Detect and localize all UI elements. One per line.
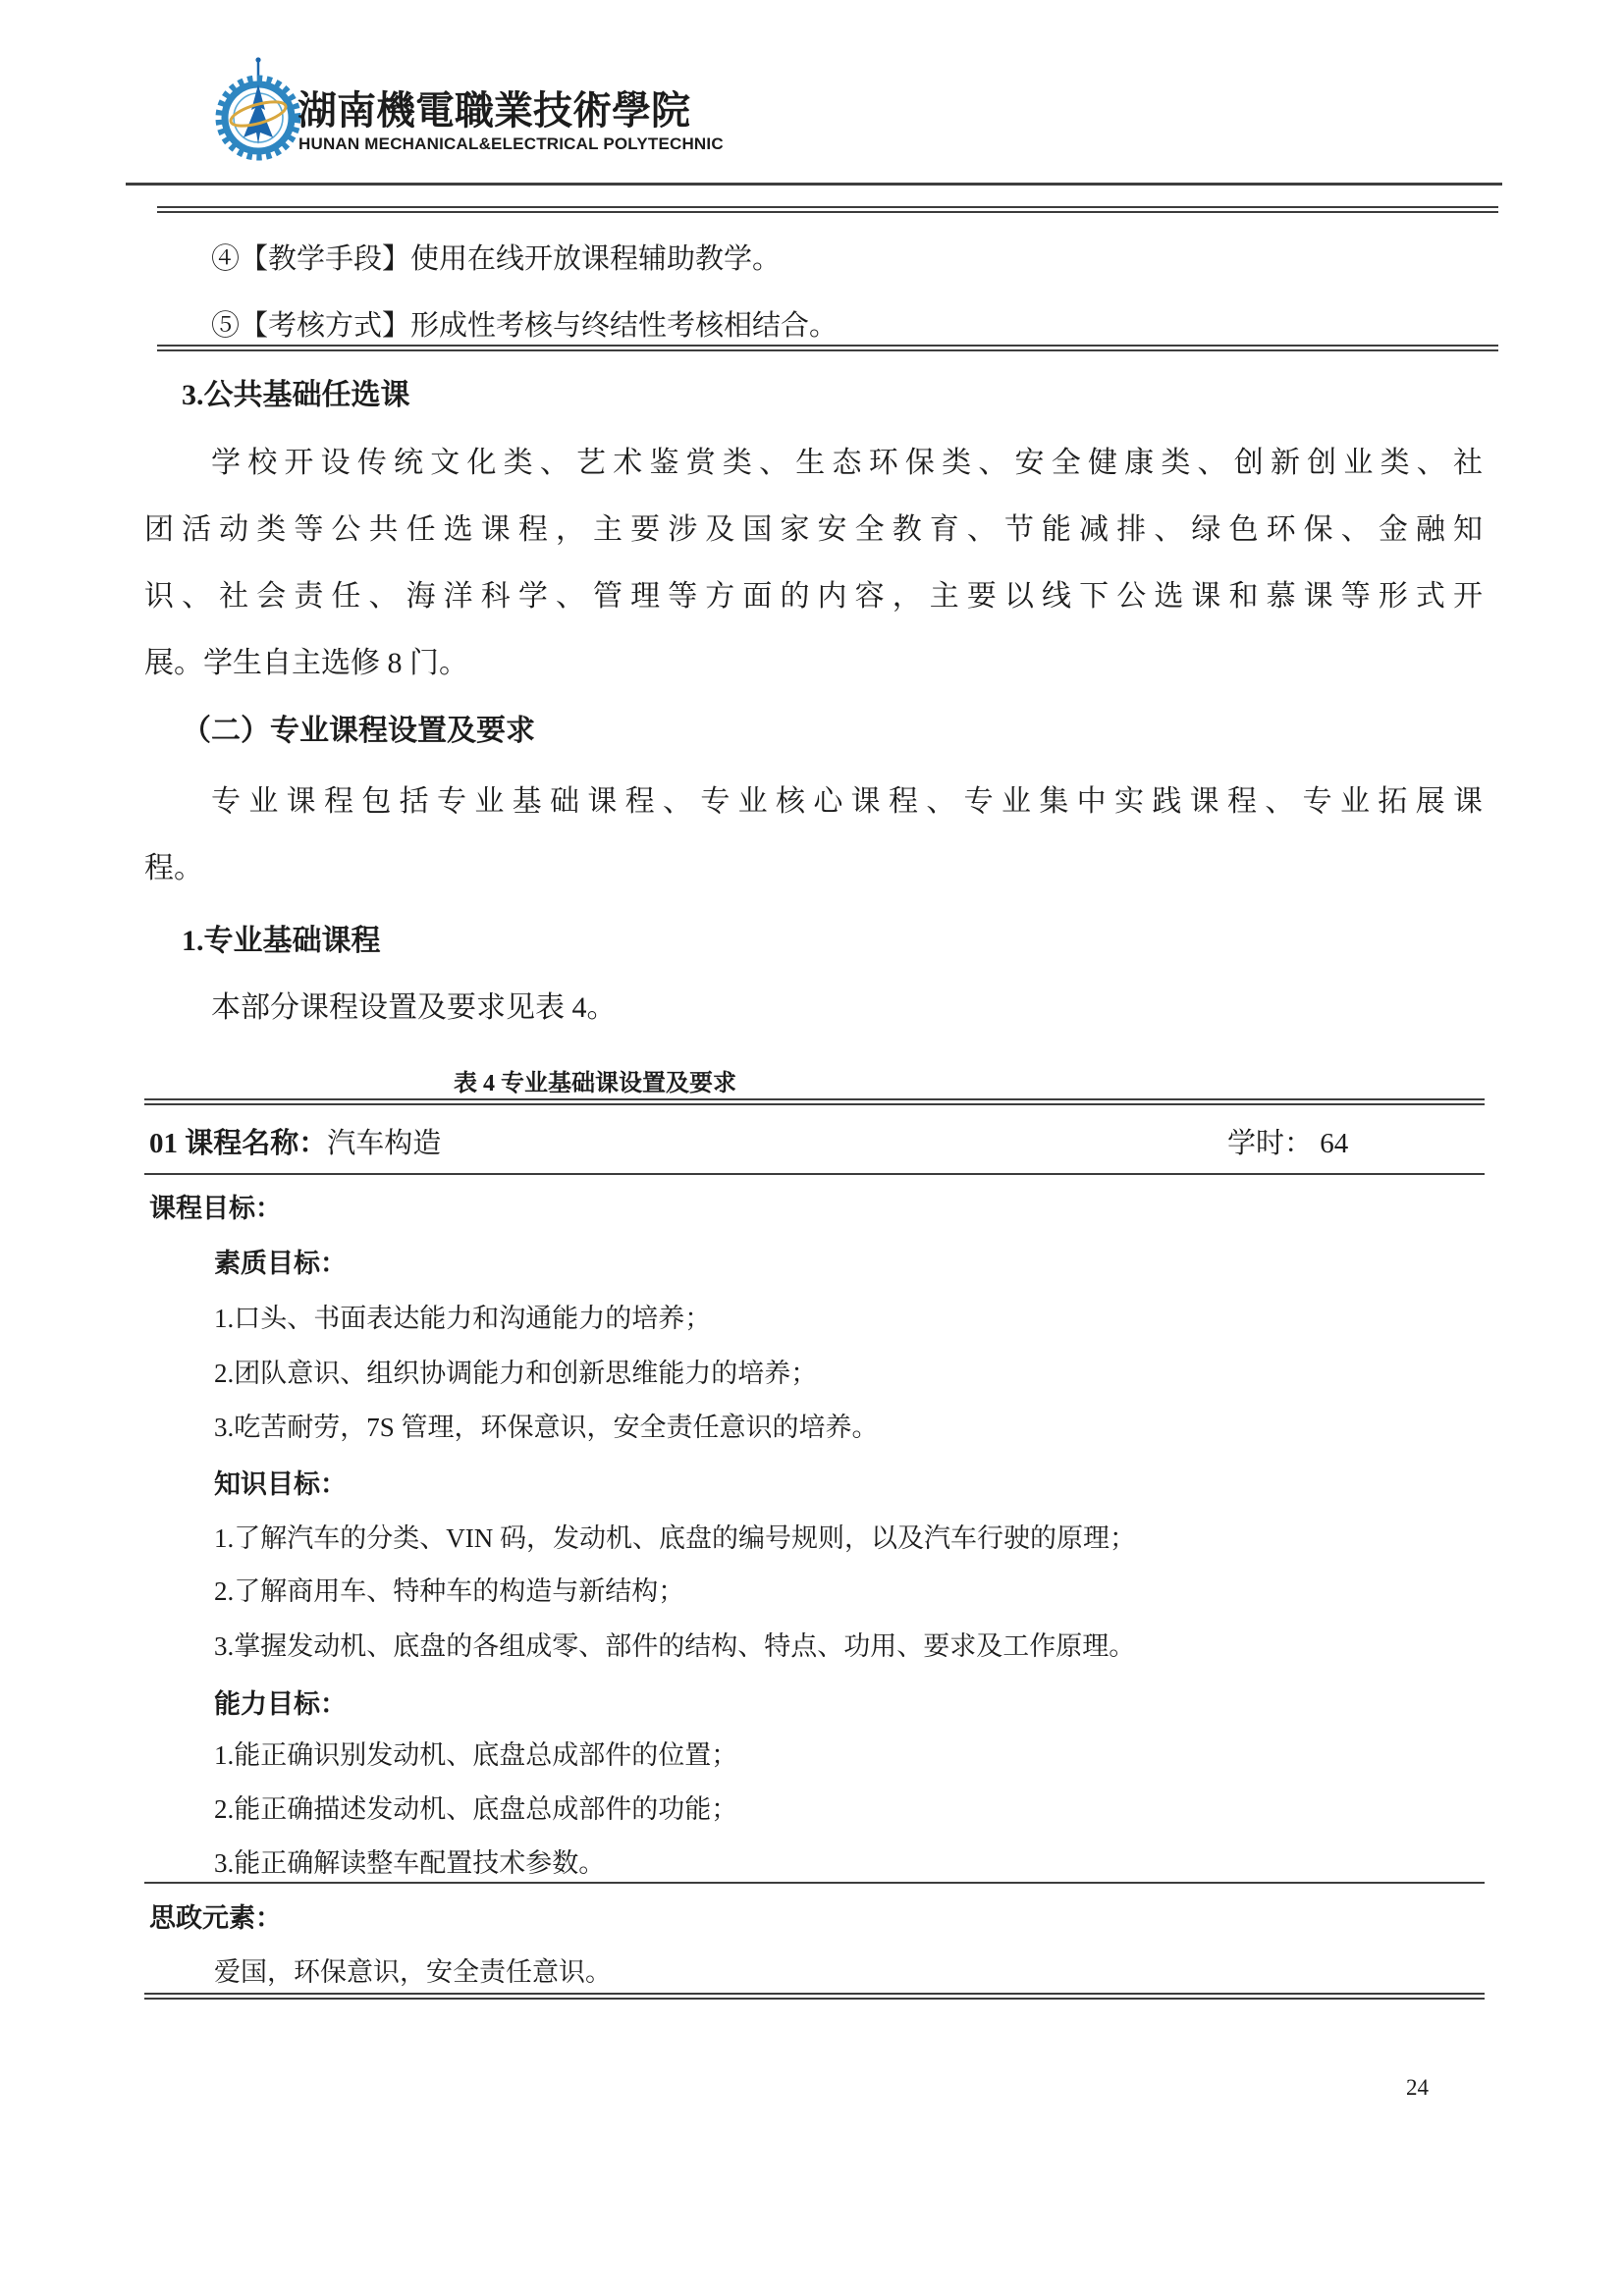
header-rule <box>126 183 1502 186</box>
school-logo <box>206 51 310 163</box>
section-heading-basic-courses: 1.专业基础课程 <box>182 924 381 959</box>
course-hours: 学时： 64 <box>1227 1126 1348 1161</box>
course-title-row: 01 课程名称：汽车构造 <box>149 1126 441 1161</box>
table-row-divider <box>144 1882 1485 1884</box>
paragraph-line: 展。学生自主选修 8 门。 <box>144 646 468 681</box>
section-heading-public-elective: 3.公共基础任选课 <box>182 378 410 413</box>
hours-value: 64 <box>1320 1128 1348 1159</box>
quality-goal-item: 2.团队意识、组织协调能力和创新思维能力的培养； <box>214 1357 817 1390</box>
knowledge-goal-item: 2.了解商用车、特种车的构造与新结构； <box>214 1575 684 1608</box>
table-top-border <box>144 1098 1485 1105</box>
ability-goal-item: 1.能正确识别发动机、底盘总成部件的位置； <box>214 1738 737 1772</box>
course-number: 01 <box>149 1128 185 1159</box>
quality-goal-item: 1.口头、书面表达能力和沟通能力的培养； <box>214 1302 711 1335</box>
table-row-divider <box>144 1173 1485 1175</box>
page-number: 24 <box>1406 2075 1429 2101</box>
section-heading-major-courses: （二）专业课程设置及要求 <box>182 714 535 749</box>
teaching-method-item: ④【教学手段】使用在线开放课程辅助教学。 <box>211 241 781 277</box>
quality-goal-item: 3.吃苦耐劳，7S 管理，环保意识，安全责任意识的培养。 <box>214 1411 879 1444</box>
ability-goals-heading: 能力目标： <box>214 1687 347 1721</box>
paragraph-line: 识、社会责任、海洋科学、管理等方面的内容，主要以线下公选课和慕课等形式开 <box>144 579 1483 614</box>
hours-label: 学时： <box>1227 1128 1313 1159</box>
table-bottom-border <box>144 1993 1485 2000</box>
box-bottom-border <box>157 345 1498 351</box>
school-name-chinese: 湖南機電職業技術學院 <box>298 88 690 133</box>
table-caption: 表 4 专业基础课设置及要求 <box>454 1063 736 1097</box>
ideology-body: 爱国，环保意识，安全责任意识。 <box>214 1955 612 1989</box>
quality-goals-heading: 素质目标： <box>214 1247 347 1280</box>
knowledge-goals-heading: 知识目标： <box>214 1468 347 1501</box>
paragraph-line: 团活动类等公共任选课程，主要涉及国家安全教育、节能减排、绿色环保、金融知 <box>144 512 1483 548</box>
course-name-label: 课程名称： <box>185 1128 327 1159</box>
paragraph-line: 专业课程包括专业基础课程、专业核心课程、专业集中实践课程、专业拓展课 <box>144 784 1483 820</box>
school-name-english: HUNAN MECHANICAL&ELECTRICAL POLYTECHNIC <box>298 134 724 154</box>
document-page: 湖南機電職業技術學院 HUNAN MECHANICAL&ELECTRICAL P… <box>0 0 1624 2296</box>
knowledge-goal-item: 1.了解汽车的分类、VIN 码，发动机、底盘的编号规则，以及汽车行驶的原理； <box>214 1522 1136 1555</box>
objectives-heading: 课程目标： <box>149 1192 282 1225</box>
ability-goal-item: 2.能正确描述发动机、底盘总成部件的功能； <box>214 1792 737 1826</box>
paragraph-line: 本部分课程设置及要求见表 4。 <box>211 990 617 1026</box>
assessment-method-item: ⑤【考核方式】形成性考核与终结性考核相结合。 <box>211 308 838 344</box>
knowledge-goal-item: 3.掌握发动机、底盘的各组成零、部件的结构、特点、功用、要求及工作原理。 <box>214 1629 1135 1663</box>
ability-goal-item: 3.能正确解读整车配置技术参数。 <box>214 1846 605 1880</box>
paragraph-line: 程。 <box>144 851 203 886</box>
paragraph-line: 学校开设传统文化类、艺术鉴赏类、生态环保类、安全健康类、创新创业类、社 <box>144 446 1483 481</box>
box-top-border <box>157 206 1498 213</box>
ideology-heading: 思政元素： <box>149 1901 282 1935</box>
course-name-value: 汽车构造 <box>327 1128 441 1159</box>
